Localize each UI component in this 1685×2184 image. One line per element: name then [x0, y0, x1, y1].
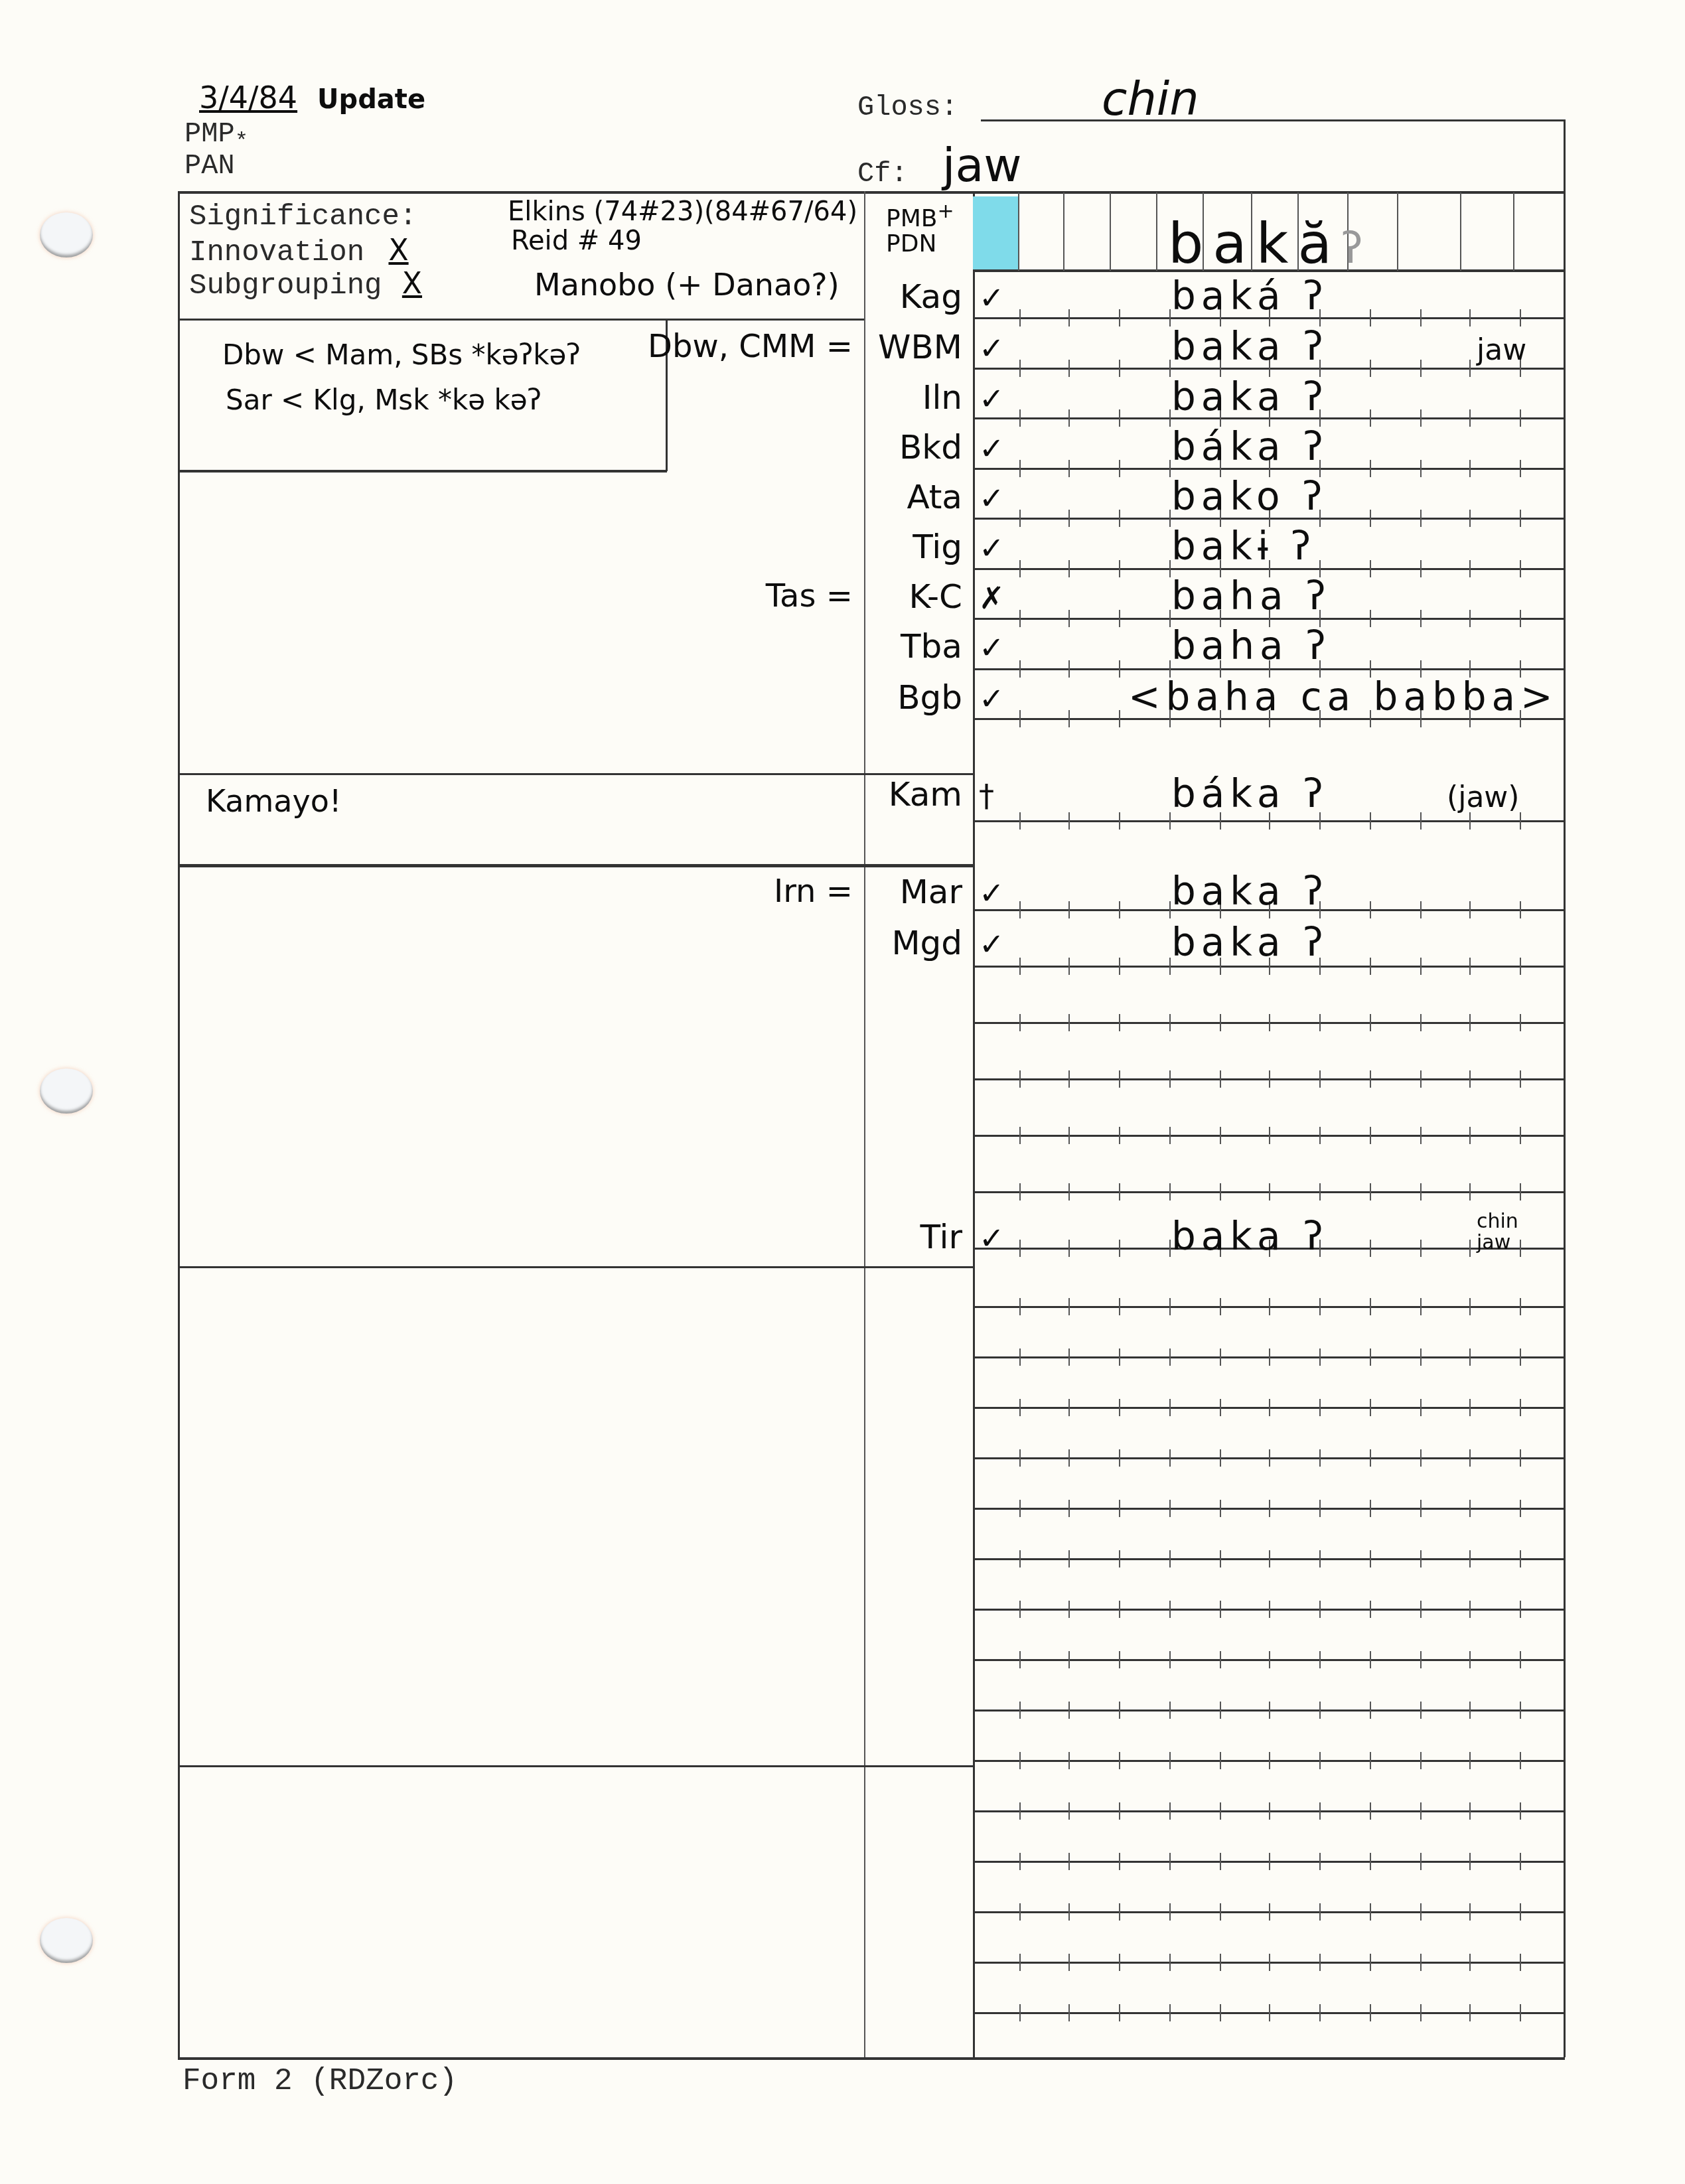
ruled-tick: [1370, 812, 1371, 830]
ruled-tick: [1370, 1550, 1371, 1567]
ruled-tick: [1520, 560, 1521, 577]
ruled-tick: [1220, 1399, 1221, 1416]
language-code: K-C: [843, 577, 962, 616]
ruled-tick: [1220, 1853, 1221, 1870]
proto-glottal: ʔ: [1341, 224, 1372, 273]
language-code: Iln: [843, 378, 962, 417]
ruled-tick: [1068, 560, 1070, 577]
ruled-tick: [1119, 1500, 1120, 1517]
ruled-tick: [1420, 560, 1422, 577]
ruled-tick: [1520, 1500, 1521, 1517]
ruled-tick: [1269, 1954, 1270, 1971]
reflex-form: baka ʔ: [1171, 869, 1329, 914]
ruled-line: [973, 1022, 1564, 1024]
language-code: Mar: [843, 873, 962, 911]
ruled-tick: [1119, 1702, 1120, 1719]
ruled-tick: [1220, 1014, 1221, 1031]
ruled-tick: [1370, 1399, 1371, 1416]
ruled-tick: [1019, 1500, 1021, 1517]
significance-divider: [178, 319, 864, 321]
ruled-tick: [1119, 1070, 1120, 1088]
ruled-tick: [1169, 460, 1171, 477]
ruled-tick: [1068, 610, 1070, 627]
cognate-prefix: Dbw, CMM =: [648, 328, 853, 365]
ruled-line: [973, 2012, 1564, 2014]
ruled-line: [973, 966, 1564, 968]
ruled-tick: [1068, 1500, 1070, 1517]
ruled-tick: [1019, 901, 1021, 918]
ruled-tick: [1119, 1014, 1120, 1031]
ruled-tick: [1119, 1601, 1120, 1618]
ruled-tick: [1469, 1240, 1471, 1257]
ruled-tick: [1119, 360, 1120, 377]
ruled-tick: [1319, 1399, 1321, 1416]
ruled-tick: [1019, 1298, 1021, 1315]
ruled-tick: [1068, 409, 1070, 427]
ruled-line: [973, 1191, 1564, 1193]
ruled-line: [973, 1962, 1564, 1964]
ruled-tick: [1520, 1853, 1521, 1870]
section-divider-4: [178, 1765, 974, 1767]
reflex-form: baka ʔ: [1171, 1214, 1329, 1259]
pan-label: PAN: [184, 150, 235, 182]
ruled-tick: [1169, 812, 1171, 830]
ruled-line: [973, 820, 1564, 822]
ruled-tick: [1420, 1954, 1422, 1971]
proto-grid-line: [1460, 192, 1461, 271]
check-mark-icon: ✓: [979, 381, 1005, 417]
ruled-tick: [1319, 1954, 1321, 1971]
ruled-tick: [1019, 1954, 1021, 1971]
ruled-tick: [1370, 1014, 1371, 1031]
language-code: Kag: [843, 277, 962, 316]
ruled-tick: [1469, 1601, 1471, 1618]
ruled-tick: [1319, 1702, 1321, 1719]
note-line-sar: Sar < Klg, Msk *kə kəʔ: [226, 384, 542, 416]
language-code: Tig: [843, 528, 962, 566]
ruled-line: [973, 668, 1564, 670]
proto-form-text: bakă: [1168, 211, 1341, 276]
ruled-tick: [1319, 2004, 1321, 2021]
ruled-tick: [1420, 958, 1422, 975]
ruled-tick: [1220, 1903, 1221, 1921]
gloss-note: chinjaw: [1477, 1211, 1518, 1254]
check-mark-icon: ✗: [979, 580, 1005, 616]
ruled-tick: [1169, 1500, 1171, 1517]
reflex-form: baka ʔ: [1171, 920, 1329, 965]
check-mark-icon: ✓: [979, 1220, 1005, 1256]
binder-hole-middle: [40, 1068, 93, 1114]
note-line-dbw: Dbw < Mam, SBs *kəʔkəʔ: [222, 338, 581, 371]
ruled-tick: [1520, 1449, 1521, 1467]
ruled-tick: [1068, 1399, 1070, 1416]
ruled-tick: [1420, 1601, 1422, 1618]
ruled-tick: [1520, 1954, 1521, 1971]
ruled-tick: [1319, 1127, 1321, 1144]
ruled-tick: [1469, 1127, 1471, 1144]
ruled-tick: [1269, 1127, 1270, 1144]
ruled-tick: [1420, 409, 1422, 427]
ruled-line: [973, 1659, 1564, 1661]
check-mark-icon: ✓: [979, 480, 1005, 516]
language-code: Bgb: [843, 678, 962, 717]
ruled-tick: [1269, 1550, 1270, 1567]
ruled-tick: [1169, 360, 1171, 377]
ruled-tick: [1319, 1449, 1321, 1467]
proto-grid-line: [1063, 192, 1064, 271]
ruled-tick: [1469, 1014, 1471, 1031]
ruled-tick: [1520, 1399, 1521, 1416]
ruled-tick: [1370, 1601, 1371, 1618]
innovation-mark: X: [388, 234, 408, 267]
ruled-tick: [1019, 460, 1021, 477]
ruled-tick: [1420, 1240, 1422, 1257]
check-mark-icon: ✓: [979, 630, 1005, 666]
ruled-tick: [1019, 409, 1021, 427]
ruled-tick: [1119, 409, 1120, 427]
ruled-tick: [1370, 1449, 1371, 1467]
ruled-tick: [1019, 1399, 1021, 1416]
ruled-tick: [1019, 660, 1021, 678]
ruled-tick: [1068, 1127, 1070, 1144]
ruled-tick: [1169, 1954, 1171, 1971]
ruled-tick: [1169, 901, 1171, 918]
ruled-tick: [1469, 1853, 1471, 1870]
ruled-tick: [1220, 1802, 1221, 1820]
ruled-line: [973, 1508, 1564, 1510]
ruled-tick: [1469, 1348, 1471, 1366]
ruled-tick: [1119, 812, 1120, 830]
ruled-tick: [1469, 1449, 1471, 1467]
ruled-tick: [1019, 510, 1021, 527]
ruled-tick: [1119, 1752, 1120, 1769]
innovation-row: Innovation X: [189, 234, 409, 269]
ruled-tick: [1169, 409, 1171, 427]
ruled-tick: [1469, 1298, 1471, 1315]
ruled-tick: [1520, 1550, 1521, 1567]
ruled-tick: [1420, 1399, 1422, 1416]
cognate-prefix: Tas =: [766, 577, 853, 615]
ruled-tick: [1119, 1651, 1120, 1668]
check-mark-icon: ✓: [979, 926, 1005, 962]
proto-form: bakăʔ: [1168, 211, 1372, 276]
proto-grid-line: [1018, 192, 1019, 271]
subgrouping-label: Subgrouping: [189, 269, 382, 303]
gloss-value: chin: [1102, 72, 1199, 126]
ruled-tick: [1370, 1903, 1371, 1921]
ruled-tick: [1319, 1651, 1321, 1668]
ruled-tick: [1469, 360, 1471, 377]
ruled-tick: [1520, 1348, 1521, 1366]
ruled-tick: [1169, 1127, 1171, 1144]
top-border: [178, 191, 1565, 194]
ruled-tick: [1269, 1298, 1270, 1315]
ruled-tick: [1420, 1127, 1422, 1144]
ruled-tick: [1319, 1070, 1321, 1088]
ruled-tick: [1169, 1070, 1171, 1088]
ruled-tick: [1169, 2004, 1171, 2021]
ruled-tick: [1370, 360, 1371, 377]
ruled-tick: [1370, 958, 1371, 975]
ruled-tick: [1019, 958, 1021, 975]
ruled-tick: [1469, 1651, 1471, 1668]
ruled-tick: [1420, 1651, 1422, 1668]
update-label: Update: [317, 84, 425, 115]
ruled-tick: [1469, 1070, 1471, 1088]
ruled-tick: [1269, 1348, 1270, 1366]
ruled-tick: [1068, 1903, 1070, 1921]
ruled-tick: [1520, 1183, 1521, 1201]
ruled-tick: [1420, 2004, 1422, 2021]
ruled-tick: [1370, 460, 1371, 477]
ruled-tick: [1319, 1752, 1321, 1769]
ruled-tick: [1420, 1449, 1422, 1467]
ruled-tick: [1068, 1954, 1070, 1971]
ruled-tick: [1019, 1651, 1021, 1668]
ruled-tick: [1169, 1752, 1171, 1769]
ruled-tick: [1119, 1853, 1120, 1870]
ruled-tick: [1520, 812, 1521, 830]
ruled-tick: [1269, 1399, 1270, 1416]
ruled-tick: [1169, 1802, 1171, 1820]
ruled-tick: [1019, 1348, 1021, 1366]
ruled-tick: [1119, 1399, 1120, 1416]
bottom-border: [178, 2057, 1565, 2060]
ruled-tick: [1169, 1014, 1171, 1031]
ruled-tick: [1068, 309, 1070, 327]
ruled-tick: [1119, 1298, 1120, 1315]
ruled-tick: [1469, 510, 1471, 527]
ruled-tick: [1520, 510, 1521, 527]
ruled-tick: [1119, 1802, 1120, 1820]
subgrouping-row: Subgrouping X: [189, 267, 422, 303]
ruled-line: [973, 1306, 1564, 1308]
ruled-tick: [1370, 1298, 1371, 1315]
pmp-text: PMP: [184, 118, 235, 150]
ruled-tick: [1068, 1070, 1070, 1088]
ruled-tick: [1019, 309, 1021, 327]
ruled-tick: [1068, 1601, 1070, 1618]
language-code: Mgd: [843, 924, 962, 962]
ruled-tick: [1019, 2004, 1021, 2021]
ruled-tick: [1420, 1702, 1422, 1719]
language-code: Bkd: [843, 428, 962, 467]
ruled-tick: [1319, 1802, 1321, 1820]
binder-hole-top: [40, 212, 93, 257]
ruled-line: [973, 1135, 1564, 1137]
ruled-tick: [1420, 1070, 1422, 1088]
ruled-tick: [1319, 1183, 1321, 1201]
reflex-form: báka ʔ: [1171, 771, 1329, 816]
ruled-tick: [1420, 1014, 1422, 1031]
ruled-tick: [1370, 510, 1371, 527]
ruled-tick: [1469, 2004, 1471, 2021]
ruled-tick: [1269, 1070, 1270, 1088]
ruled-tick: [1469, 812, 1471, 830]
ruled-tick: [1220, 1752, 1221, 1769]
gloss-note: jaw: [1477, 333, 1526, 367]
reflex-form: bako ʔ: [1171, 474, 1327, 519]
ruled-tick: [1068, 1014, 1070, 1031]
ruled-tick: [1370, 1240, 1371, 1257]
ruled-tick: [1420, 460, 1422, 477]
language-code: Tba: [843, 627, 962, 666]
reflex-form: báka ʔ: [1171, 424, 1329, 469]
ruled-line: [973, 1457, 1564, 1459]
ruled-tick: [1520, 2004, 1521, 2021]
ruled-tick: [1068, 1298, 1070, 1315]
ruled-tick: [1019, 1014, 1021, 1031]
ruled-tick: [1520, 1752, 1521, 1769]
ruled-tick: [1420, 309, 1422, 327]
ruled-tick: [1019, 1903, 1021, 1921]
ruled-tick: [1119, 510, 1120, 527]
ruled-tick: [1169, 610, 1171, 627]
proto-label-top: PMB: [886, 205, 937, 232]
proto-grid-line: [1397, 192, 1398, 271]
ruled-tick: [1370, 901, 1371, 918]
proto-label: PMB+ PDN: [886, 199, 954, 257]
ruled-tick: [1469, 560, 1471, 577]
language-column-divider: [864, 191, 865, 2057]
cf-label: Cf:: [857, 158, 908, 190]
ruled-tick: [1119, 460, 1120, 477]
ruled-tick: [1220, 1183, 1221, 1201]
ruled-tick: [1019, 812, 1021, 830]
kamayo-note: Kamayo!: [206, 783, 341, 819]
ruled-line: [973, 1356, 1564, 1358]
ruled-tick: [1520, 1070, 1521, 1088]
ruled-tick: [1169, 1449, 1171, 1467]
gloss-note: (jaw): [1447, 780, 1520, 814]
ruled-tick: [1220, 1070, 1221, 1088]
ruled-tick: [1019, 710, 1021, 727]
ruled-tick: [1520, 1802, 1521, 1820]
ruled-tick: [1420, 1802, 1422, 1820]
ruled-tick: [1370, 1070, 1371, 1088]
ruled-tick: [1469, 1399, 1471, 1416]
check-mark-icon: ✓: [979, 875, 1005, 911]
ruled-tick: [1119, 1127, 1120, 1144]
ruled-tick: [1469, 460, 1471, 477]
language-code: Kam: [843, 775, 962, 814]
ruled-tick: [1169, 1651, 1171, 1668]
ruled-tick: [1119, 309, 1120, 327]
ruled-tick: [1469, 1954, 1471, 1971]
ruled-tick: [1119, 1550, 1120, 1567]
ruled-tick: [1420, 1550, 1422, 1567]
ruled-tick: [1469, 958, 1471, 975]
ruled-tick: [1269, 1500, 1270, 1517]
ruled-tick: [1420, 1903, 1422, 1921]
ruled-line: [973, 1760, 1564, 1762]
ruled-tick: [1370, 560, 1371, 577]
ruled-tick: [1068, 812, 1070, 830]
ruled-tick: [1269, 1702, 1270, 1719]
ruled-tick: [1469, 1550, 1471, 1567]
ruled-line: [973, 1810, 1564, 1812]
ruled-tick: [1319, 1014, 1321, 1031]
ruled-tick: [1520, 610, 1521, 627]
ruled-tick: [1068, 460, 1070, 477]
section-divider-2: [178, 864, 974, 867]
ruled-tick: [1169, 1399, 1171, 1416]
proto-marker: +: [937, 200, 954, 223]
check-mark-icon: ✓: [979, 330, 1005, 366]
ruled-line: [973, 1861, 1564, 1863]
ruled-tick: [1319, 1903, 1321, 1921]
ruled-tick: [1520, 1601, 1521, 1618]
ruled-line: [973, 1911, 1564, 1913]
subgrouping-mark: X: [402, 267, 422, 301]
ruled-tick: [1469, 1702, 1471, 1719]
ruled-tick: [1169, 958, 1171, 975]
proto-grid-line: [1513, 192, 1514, 271]
significance-label: Significance:: [189, 200, 417, 234]
ruled-tick: [1370, 1348, 1371, 1366]
ruled-tick: [1068, 2004, 1070, 2021]
proto-grid-line: [1156, 192, 1157, 271]
ruled-tick: [1370, 1853, 1371, 1870]
update-date: 3/4/84 Update: [199, 80, 425, 115]
ruled-tick: [1269, 1802, 1270, 1820]
ruled-tick: [1169, 309, 1171, 327]
ruled-tick: [1220, 1298, 1221, 1315]
reflex-form: baka ʔ: [1171, 324, 1329, 369]
ruled-tick: [1520, 1127, 1521, 1144]
ruled-tick: [1019, 1752, 1021, 1769]
ruled-tick: [1469, 901, 1471, 918]
ruled-tick: [1220, 1500, 1221, 1517]
ruled-tick: [1469, 1752, 1471, 1769]
ruled-tick: [1019, 1183, 1021, 1201]
ruled-tick: [1520, 1651, 1521, 1668]
ruled-tick: [1068, 1348, 1070, 1366]
form-footer: Form 2 (RDZorc): [183, 2064, 457, 2098]
ruled-tick: [1269, 1014, 1270, 1031]
ruled-tick: [1269, 1752, 1270, 1769]
ruled-tick: [1068, 660, 1070, 678]
ruled-tick: [1169, 1183, 1171, 1201]
date-text: 3/4/84: [199, 80, 297, 115]
ruled-tick: [1269, 1651, 1270, 1668]
cognate-prefix: Irn =: [774, 873, 853, 910]
gloss-label: Gloss:: [857, 92, 958, 123]
ruled-line: [973, 1609, 1564, 1611]
ruled-tick: [1169, 1550, 1171, 1567]
ruled-tick: [1420, 360, 1422, 377]
ruled-tick: [1019, 610, 1021, 627]
ruled-tick: [1119, 710, 1120, 727]
reflex-form: baka ʔ: [1171, 374, 1329, 419]
ruled-tick: [1420, 812, 1422, 830]
ruled-tick: [1370, 409, 1371, 427]
ruled-tick: [1420, 1500, 1422, 1517]
grouping-note: Manobo (+ Danao?): [534, 267, 840, 303]
ruled-tick: [1370, 1183, 1371, 1201]
ruled-tick: [1068, 710, 1070, 727]
ruled-tick: [1269, 1183, 1270, 1201]
ruled-tick: [1068, 360, 1070, 377]
ruled-tick: [1119, 901, 1120, 918]
ruled-tick: [1420, 1853, 1422, 1870]
ruled-tick: [1370, 610, 1371, 627]
ruled-tick: [1220, 1127, 1221, 1144]
ruled-tick: [1068, 1853, 1070, 1870]
ruled-tick: [1019, 1240, 1021, 1257]
ruled-tick: [1469, 1802, 1471, 1820]
ruled-tick: [1119, 1240, 1120, 1257]
